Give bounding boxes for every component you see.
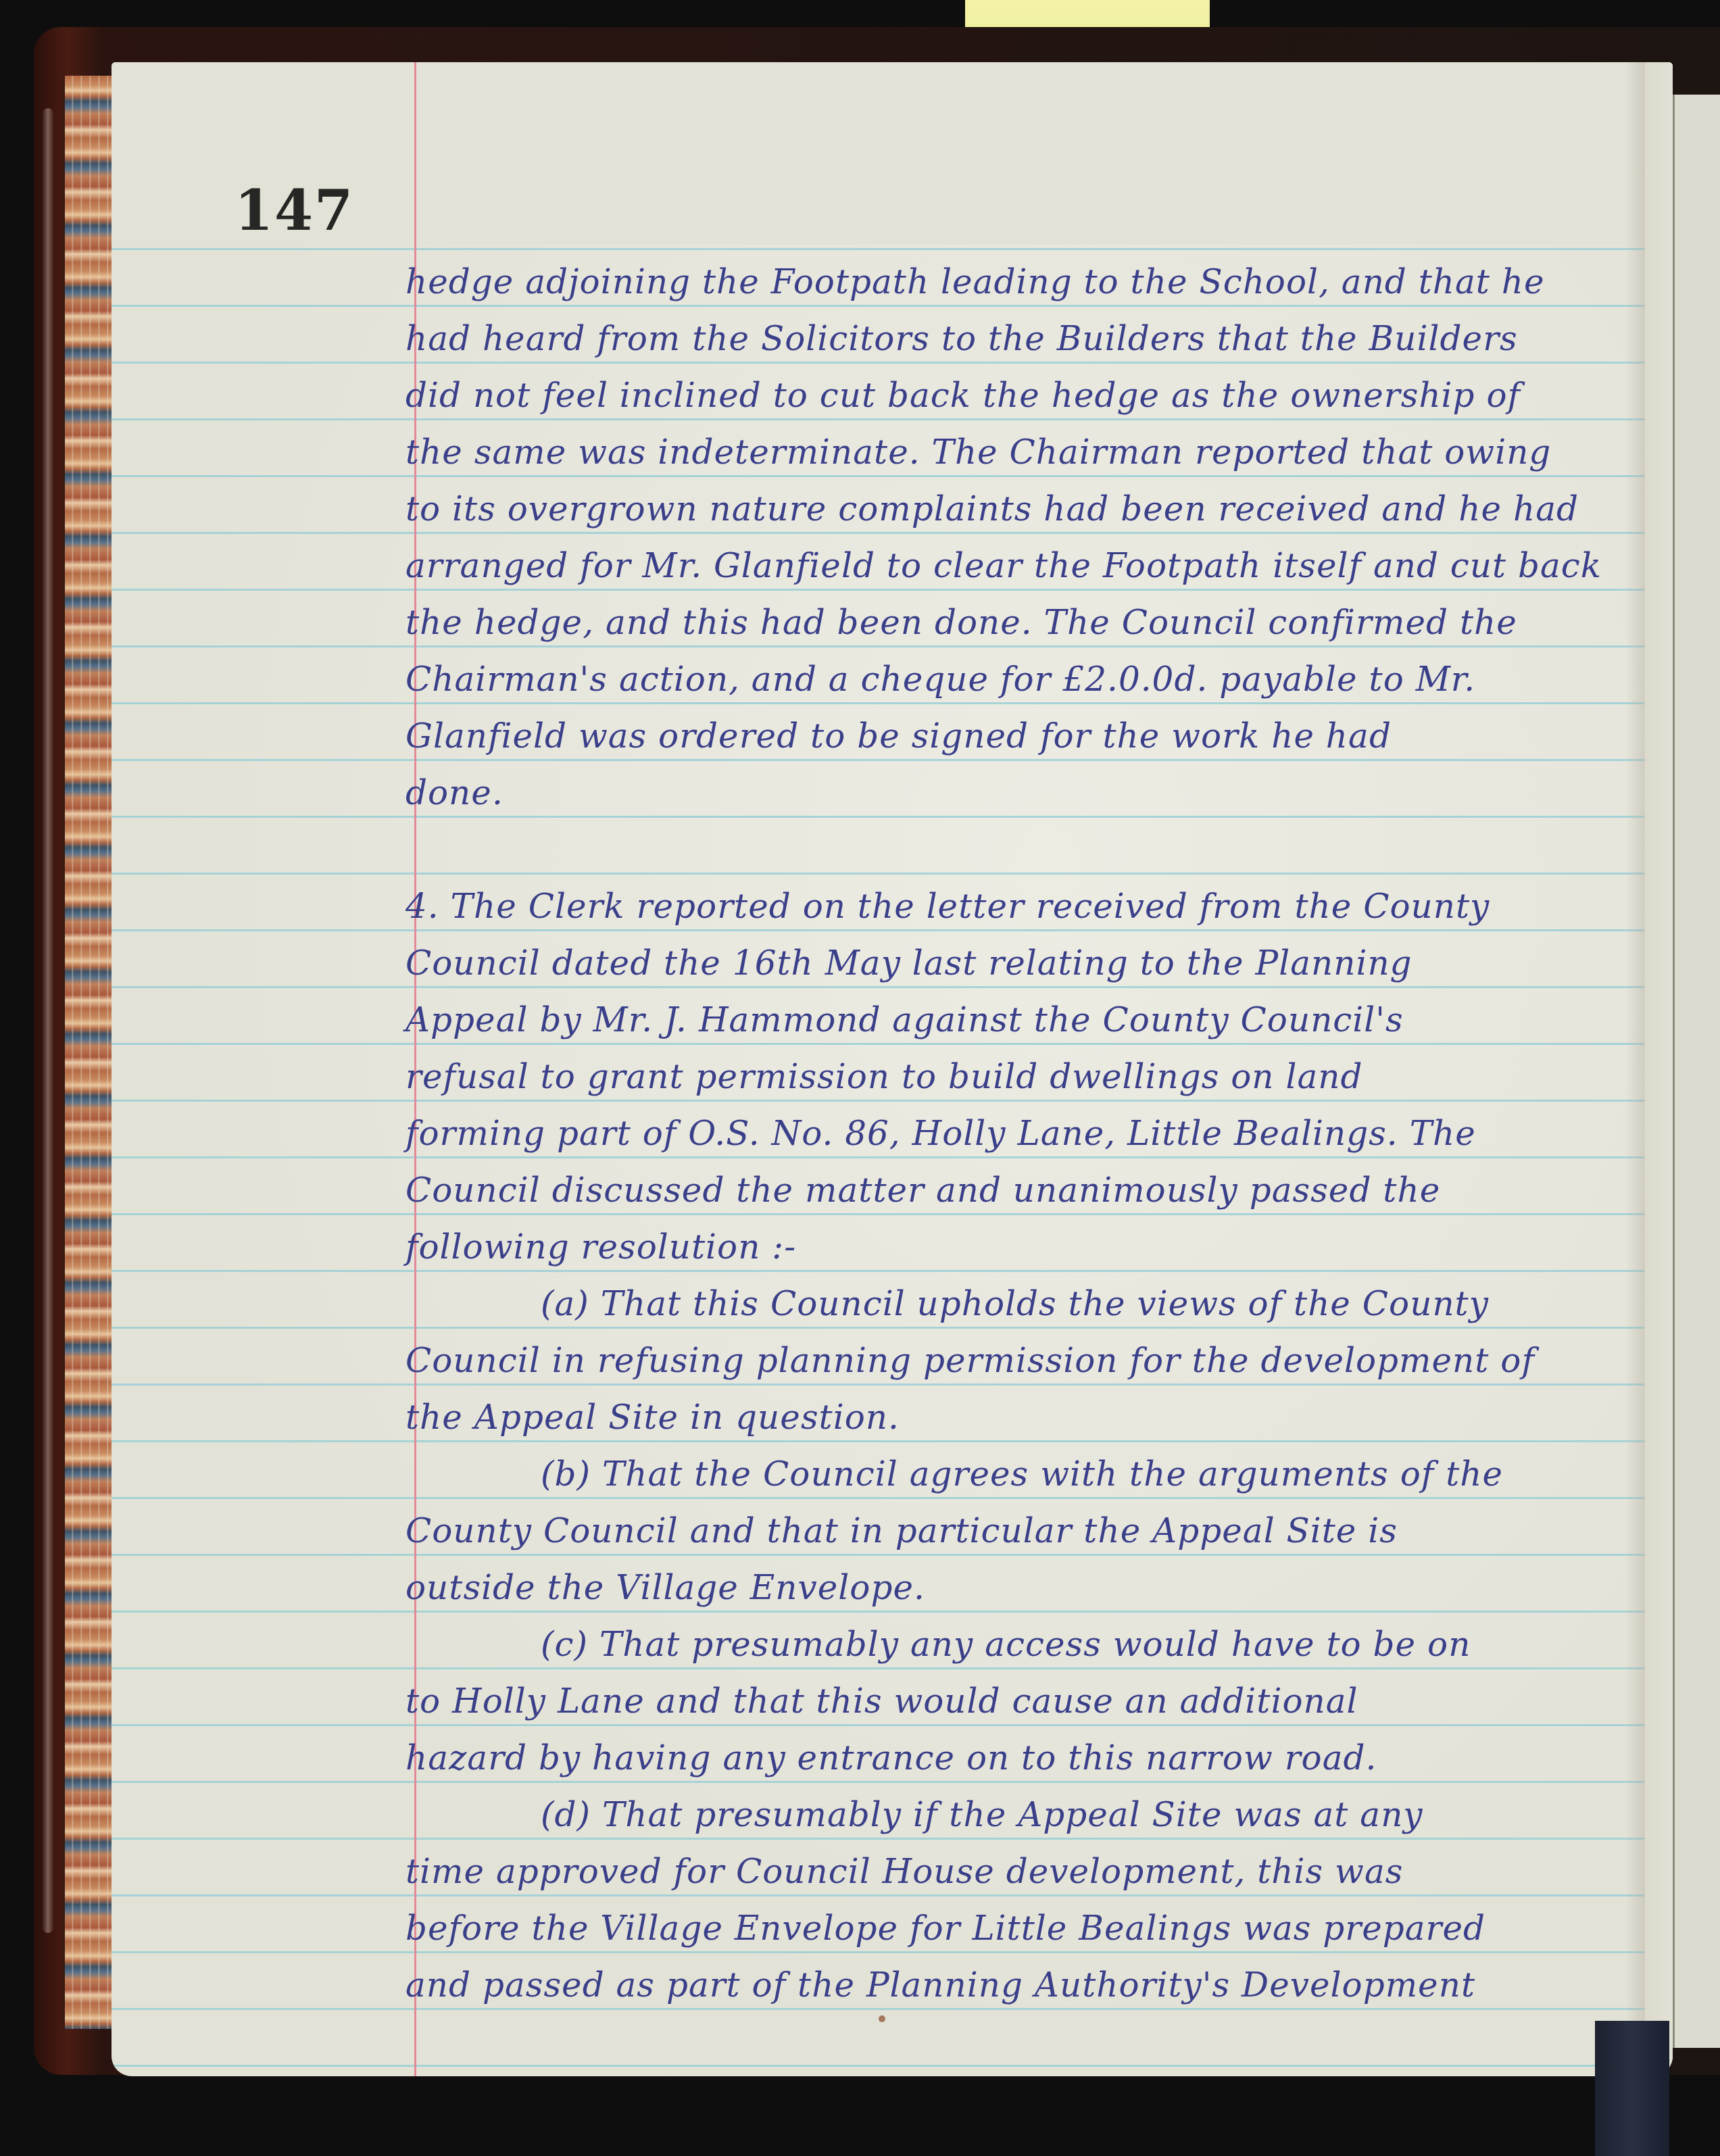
resolution-d: (d) That presumably if the Appeal Site w… <box>541 1795 1423 1834</box>
minutes-line: Council discussed the matter and unanimo… <box>406 1171 1440 1210</box>
item-4-heading-line: 4. The Clerk reported on the letter rece… <box>406 887 1490 926</box>
resolution-a: (a) That this Council upholds the views … <box>541 1284 1489 1323</box>
minutes-line: Council dated the 16th May last relating… <box>406 944 1412 983</box>
facing-page-edge <box>1673 95 1720 2048</box>
minutes-line: hedge adjoining the Footpath leading to … <box>406 262 1545 301</box>
minutes-line: Appeal by Mr. J. Hammond against the Cou… <box>406 1000 1404 1039</box>
minutes-line: the hedge, and this had been done. The C… <box>406 603 1517 642</box>
minutes-line: following resolution :- <box>406 1227 796 1267</box>
minutes-line: time approved for Council House developm… <box>406 1852 1403 1891</box>
page-gutter <box>1625 62 1673 2076</box>
resolution-b: (b) That the Council agrees with the arg… <box>541 1454 1503 1494</box>
minutes-line: outside the Village Envelope. <box>406 1568 925 1607</box>
minutes-line: the same was indeterminate. The Chairman… <box>406 433 1551 472</box>
minutes-line: Chairman's action, and a cheque for £2.0… <box>406 660 1475 699</box>
minutes-line: arranged for Mr. Glanfield to clear the … <box>406 546 1602 585</box>
minutes-line: and passed as part of the Planning Autho… <box>406 1965 1475 2005</box>
minutes-line: done. <box>406 773 503 812</box>
minutes-line: hazard by having any entrance on to this… <box>406 1738 1377 1778</box>
page-number: 147 <box>235 178 354 243</box>
minutes-line: Glanfield was ordered to be signed for t… <box>406 716 1392 756</box>
minutes-line: Council in refusing planning permission … <box>406 1341 1535 1380</box>
resolution-c: (c) That presumably any access would hav… <box>541 1625 1471 1664</box>
minutes-line: had heard from the Solicitors to the Bui… <box>406 319 1518 358</box>
cover-highlight <box>42 108 54 1933</box>
minutes-line: did not feel inclined to cut back the he… <box>406 376 1521 415</box>
minutes-line: the Appeal Site in question. <box>406 1398 900 1437</box>
minutes-line: to its overgrown nature complaints had b… <box>406 489 1579 529</box>
minutes-line: forming part of O.S. No. 86, Holly Lane,… <box>406 1114 1476 1153</box>
binding-strap <box>1595 2021 1669 2156</box>
minutes-line: before the Village Envelope for Little B… <box>406 1909 1485 1948</box>
scanned-ledger-scene: 147 hedge adjoining the Footpath leading… <box>0 0 1720 2156</box>
minutes-line: to Holly Lane and that this would cause … <box>406 1682 1358 1721</box>
minutes-line: refusal to grant permission to build dwe… <box>406 1057 1362 1096</box>
ink-stain <box>879 2015 885 2022</box>
ledger-page: 147 hedge adjoining the Footpath leading… <box>112 62 1673 2076</box>
minutes-line: County Council and that in particular th… <box>406 1511 1398 1550</box>
